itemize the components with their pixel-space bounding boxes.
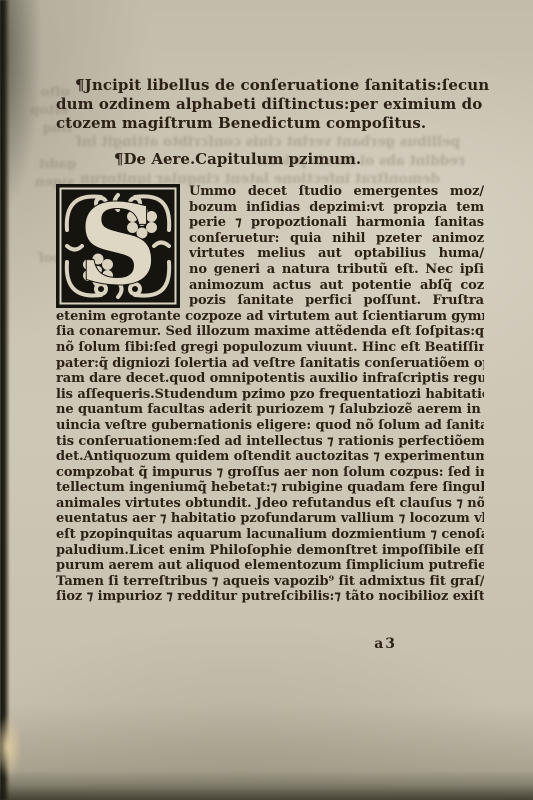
header-line: ¶Jncipit libellus de conſeruatione ſanit… [56,76,484,95]
text-line: paludium.Licet enim Philoſophie demonſtr… [56,543,484,559]
text-line: ne quantum facultas aderit puriozem ⁊ ſa… [56,402,484,418]
text-line: no generi a natura tributũ eſt. Nec ipſi [189,262,484,278]
text-line: eſt pzopinquitas aquarum lacunalium dozm… [56,527,484,543]
header-line: dum ozdinem alphabeti diſtinctus:per exi… [56,95,484,114]
text-line: tellectum ingeniumq̃ hebetat:⁊ rubigine … [56,480,484,496]
text-line: ſioz ⁊ impurioz ⁊ redditur putreſcibilis… [56,589,484,605]
text-line: bozum inſidias depzimi:vt propzia tem [189,200,484,216]
drop-cap-letter: S [78,184,157,308]
text-line: euentatus aer ⁊ habitatio pzofundarum va… [56,511,484,527]
chapter-heading: ¶De Aere.Capitulum pzimum. [56,150,484,169]
text-line: det.Antiquozum quidem oſtendit auctozita… [56,449,484,465]
decorated-initial-s-woodcut: S [56,184,180,308]
text-line: compzobat q̃ impurus ⁊ groſſus aer non ſ… [56,465,484,481]
text-line: pozis ſanitate perfici poſſunt. Fruſtra [189,293,484,309]
text-line: Tamen ſi terreſtribus ⁊ aqueis vapozib⁹ … [56,574,484,590]
text-line: tis conſeruationem:ſed ad intellectus ⁊ … [56,434,484,450]
body-text: S Ummo decet ſtudio emergentes moz/ bozu… [56,184,484,652]
scanned-book-page: uſto eſtop ſıuq gadıt sıqen ınpoſ pellib… [0,0,533,800]
text-line: etenim egrotante cozpoze ad virtutem aut… [56,309,484,325]
text-line: lis aſſequeris.Studendum pzimo pzo frequ… [56,387,484,403]
text-line: uincia veſtre gubernationis eligere: quo… [56,418,484,434]
text-line: virtutes melius aut optabilius huma/ [189,246,484,262]
text-block: ¶Jncipit libellus de conſeruatione ſanit… [56,76,484,652]
header-line: ctozem magiſtrum Benedictum compoſitus. [56,114,484,133]
text-line: Ummo decet ſtudio emergentes moz/ [189,184,484,200]
text-line: conſeruetur: quia nihil pzeter animoz [189,231,484,247]
text-line: pater:q̃ digniozi ſolertia ad veſtre ſan… [56,356,484,372]
text-line: animozum actus aut potentie abſq̃ coz [189,278,484,294]
text-line: ſia conaremur. Sed illozum maxime attẽde… [56,324,484,340]
text-line: purum aerem aut aliquod elementozum ſimp… [56,558,484,574]
text-line: nõ ſolum ſibi:ſed gregi populozum viuunt… [56,340,484,356]
book-edge [0,0,10,800]
incipit-header: ¶Jncipit libellus de conſeruatione ſanit… [56,76,484,133]
text-line: animales virtutes obtundit. Jdeo refutan… [56,496,484,512]
indented-lines: Ummo decet ſtudio emergentes moz/ bozum … [189,184,484,309]
text-line: perie ⁊ propoztionali harmonia ſanitas [189,215,484,231]
quire-signature-mark: a3 [56,636,484,652]
text-line: ram dare decet.quod omnipotentis auxilio… [56,371,484,387]
full-width-lines: etenim egrotante cozpoze ad virtutem aut… [56,309,484,605]
bottom-shadow [0,770,533,800]
